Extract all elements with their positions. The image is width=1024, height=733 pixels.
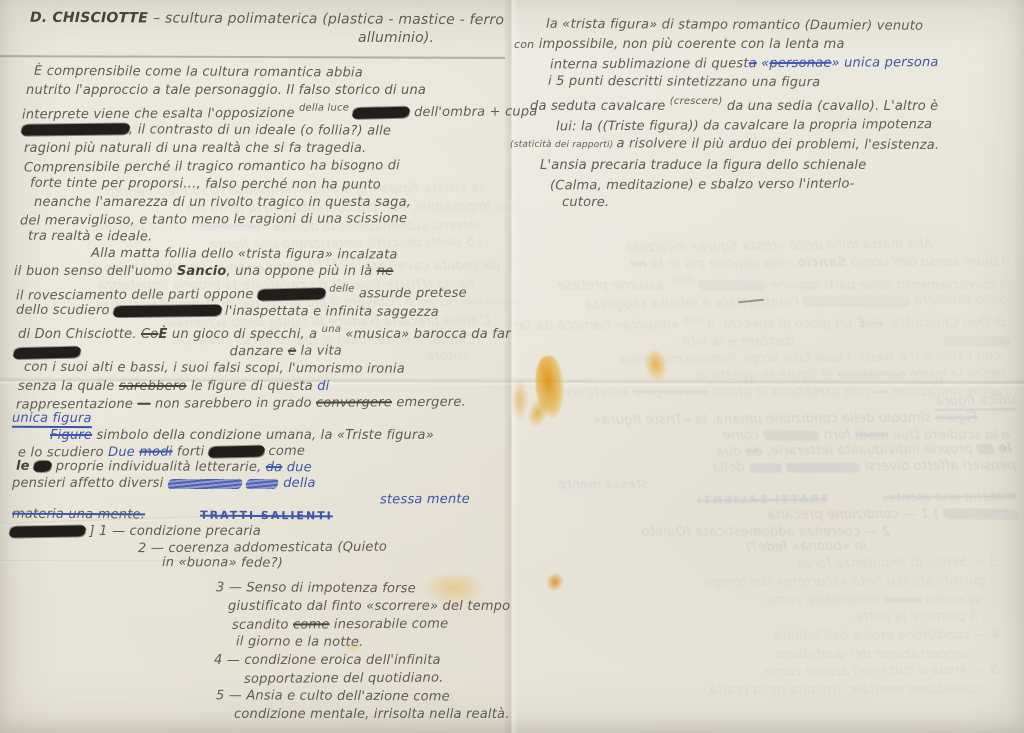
hand-line: la «trista figura» di stampo romantico (… [546, 15, 1018, 36]
hand-line: alluminio). [358, 29, 508, 48]
text-segment: « [260, 219, 273, 234]
text-segment: , una oppone più in là [647, 256, 797, 272]
hand-line: sopportazione del quotidiano. [244, 669, 514, 689]
hand-line: interna sublimazione di questa «personae… [550, 53, 1016, 75]
text-segment: ] 1 — condizione precaria [85, 524, 261, 539]
hand-line: interprete viene che esalta l'opposizion… [22, 98, 510, 124]
ruled-line [0, 55, 505, 59]
text-segment: proprie individualità letterarie [51, 459, 257, 475]
text-segment: pensieri affetto diversi [860, 458, 1016, 474]
text-segment: dello [245, 479, 280, 489]
text-segment: un gioco di specchi, a [702, 316, 856, 332]
text-segment: emergere. [392, 395, 466, 410]
hand-line: il rovesciamento delle parti oppone dove… [540, 272, 1008, 294]
text-segment: convergere [316, 395, 392, 410]
text-segment: alluminio). [358, 30, 434, 46]
text-segment: Comprensibile perché il tragico romantic… [24, 158, 400, 175]
text-segment: il giorno e la notte. [236, 634, 363, 650]
hand-line: scandito come inesorabile come [232, 615, 514, 635]
text-segment: forti [819, 428, 855, 443]
hand-line: in «buona» fede?) [162, 555, 512, 573]
text-segment: scandito [232, 617, 293, 632]
text-segment: unica figura [12, 411, 92, 428]
ghost-text: unica figuraFigure simbolo della condizi… [519, 394, 1018, 557]
text-segment: impossibile, non più coerente con la len… [534, 37, 844, 52]
text-segment: , [257, 460, 266, 475]
ghost-text: Alla matta follia dello «trista figura» … [539, 236, 1010, 402]
text-segment: 4 — condizione eroica dell'infinita [214, 653, 441, 668]
hand-line: materia una mente.TRATTI SALIENTI [12, 507, 512, 526]
text-segment: lui: la ((Triste figura)) da cavalcare l… [556, 117, 932, 134]
text-segment: dove alle [697, 279, 767, 291]
hand-line: condizione mentale, irrisolta nella real… [234, 706, 514, 724]
text-segment: (Calma, meditazione) e sbalzo verso l'in… [550, 177, 855, 194]
hand-line: È comprensibile come la cultura romantic… [34, 63, 512, 83]
hand-line: senza la quale sarebbero le figure di qu… [18, 378, 512, 395]
text-segment: le figure di questa [187, 379, 318, 394]
text-segment: a [749, 56, 757, 71]
text-segment: interprete viene che esalta l'opposizion… [22, 105, 299, 122]
text-segment [828, 502, 883, 503]
text-segment: modi [855, 428, 888, 443]
hand-line: cutore. [562, 193, 1018, 214]
text-segment: 3 — Senso di impotenza [216, 580, 382, 596]
hand-line: cutore. [68, 348, 468, 371]
text-segment: proprie individualità letterarie [771, 441, 977, 459]
hand-line: D. CHISCIOTTE – scultura polimaterica (p… [30, 9, 510, 31]
text-segment: lui: la ((Triste figura)) da cavalcare l… [98, 278, 474, 293]
text-segment: TRATTI SALIENTI [695, 492, 828, 507]
text-segment: senza la quale [18, 379, 119, 394]
text-segment: sopportazione del quotidiano. [244, 671, 444, 687]
text-segment: , [762, 444, 771, 459]
text-segment: i 5 punti descritti sintetizzano una fig… [209, 235, 481, 253]
hand-line: lui: la ((Triste figura)) da cavalcare l… [556, 115, 1016, 137]
text-segment: 3 — Senso di impotenza [831, 554, 997, 571]
text-segment: da una sedia (cavallo). L'altro è [723, 99, 939, 114]
text-segment: giustificato dal finto «scorrere» del te… [228, 599, 510, 614]
hand-line: 5 — Ansia e culto dell'azione come [216, 687, 516, 707]
text-segment: di [695, 368, 707, 383]
text-segment: Figure [50, 428, 92, 443]
text-segment: scuro con forte [20, 124, 130, 136]
text-segment: » [186, 219, 199, 234]
text-segment: È [856, 316, 865, 331]
text-segment: oblique [762, 430, 820, 442]
hand-line: pensieri affetto diversi da che una dell… [12, 476, 510, 492]
text-segment: le [993, 441, 1012, 456]
text-segment: impossibile, non più coerente con la len… [185, 200, 495, 217]
hand-line: ragioni più naturali di una realtà che s… [24, 140, 510, 158]
hand-line: le W proprie individualità letterarie, d… [16, 459, 512, 478]
text-segment: la «trista figura» di stampo romantico (… [106, 181, 483, 201]
ghost-text: 3 — Senso di impotenza forsegiustificato… [540, 554, 1001, 701]
text-segment: come [293, 617, 330, 632]
text-segment: come [723, 428, 764, 443]
text-segment: da [266, 460, 283, 475]
text-segment: (crescere) [307, 256, 360, 267]
text-segment: TRATTI SALIENTI [200, 509, 333, 523]
text-segment: della luce [299, 102, 349, 113]
text-segment: da [745, 444, 762, 459]
text-segment: inesorabile come [765, 593, 884, 608]
text-segment: da che una [785, 462, 862, 473]
text-segment: (crescere) [670, 96, 723, 107]
hand-line: L'ansia precaria traduce la figura dello… [540, 156, 1016, 175]
hand-line: scomodati ] 1 — condizione precaria [10, 524, 510, 540]
text-segment: da seduta cavalcare [360, 258, 500, 274]
text-segment: scandito [921, 593, 982, 608]
text-segment: in «buona» fede?) [162, 555, 283, 571]
text-segment: non sarebbero in grado [151, 396, 316, 412]
hand-line: di Don Chisciotte. CoÈ un gioco di specc… [540, 309, 1006, 334]
text-segment: L'ansia precaria traduce la figura dello… [164, 314, 491, 331]
text-segment: la vita [682, 334, 728, 349]
text-segment: oblique [207, 446, 265, 458]
text-segment: condizione mentale, irrisolta nella real… [705, 682, 981, 699]
text-segment: senza la quale [905, 366, 1006, 382]
text-segment: 2 — coerenza addomesticata (Quieto [138, 540, 387, 557]
text-segment: pensieri affetto diversi [12, 476, 168, 491]
text-segment: modi [139, 445, 172, 460]
text-segment: « [757, 56, 770, 71]
hand-line: nutrito l'approccio a tale personaggio. … [26, 82, 510, 100]
text-segment: in «buona» fede?) [745, 538, 866, 554]
right-page-paragraph: la «trista figura» di stampo romantico (… [530, 16, 1016, 213]
text-segment: materia una mente. [12, 507, 145, 523]
text-segment: (staticità dei rapporti) [414, 297, 521, 308]
text-segment: nutrito l'approccio a tale personaggio. … [26, 83, 426, 98]
text-segment: memoria [943, 335, 1011, 347]
text-segment: stessa mente [380, 492, 470, 508]
text-segment: dell'ombra + cupa [410, 104, 538, 120]
text-segment: con [514, 38, 534, 51]
text-segment: Sancio [797, 255, 847, 270]
text-segment: stessa mente [558, 477, 648, 492]
text-segment: unica persona [91, 219, 185, 234]
text-segment: Co [866, 316, 884, 331]
ghost-text: la «trista figura» di stampo romantico (… [69, 181, 500, 370]
hand-line: i 5 punti descritti sintetizzano una fig… [548, 72, 1018, 93]
text-segment: 2 — coerenza addomesticata (Quieto [641, 524, 890, 539]
manuscript-scan: D. CHISCIOTTE – scultura polimaterica (p… [0, 0, 1024, 733]
text-segment: a [273, 219, 281, 234]
text-segment: della [712, 460, 749, 475]
text-segment: 5 — Ansia e culto dell'azione come [216, 688, 450, 704]
text-segment: da seduta cavalcare [530, 99, 670, 114]
text-segment: materia una mente. [883, 489, 1016, 506]
text-segment: simbolo della condizione umana, la «Tris… [92, 428, 434, 443]
text-segment: dello scudiero [910, 292, 1008, 308]
text-segment: interna sublimazione di quest [281, 219, 480, 234]
text-segment: la «trista figura» di stampo romantico (… [546, 17, 923, 34]
text-segment: W [33, 461, 53, 472]
text-segment: interna sublimazione di quest [550, 56, 749, 72]
text-segment: Due [888, 428, 919, 443]
text-segment: condizione mentale, irrisolta nella real… [234, 707, 510, 722]
text-segment: scomodati [9, 525, 87, 537]
text-segment: due [716, 444, 746, 459]
text-segment: (staticità dei rapporti) [510, 140, 617, 151]
text-segment: » [831, 56, 844, 71]
text-segment: delle [669, 275, 694, 286]
text-segment: le [16, 459, 34, 474]
text-segment: Alla matta follia dello «trista figura» … [626, 237, 933, 256]
text-segment: ne [630, 257, 647, 272]
text-segment: Figure [935, 411, 977, 426]
text-segment: «musica» barocca da far [513, 318, 683, 334]
text-segment: l'inaspettata e infinita saggezza [585, 295, 804, 313]
text-segment: , il contrasto di un ideale (o follia?) … [129, 123, 391, 139]
text-segment: danzare [736, 334, 794, 349]
text-segment: personae [769, 56, 831, 71]
text-segment: da che una [167, 479, 243, 489]
hand-line: stessa mente [520, 477, 648, 493]
text-segment: cutore. [421, 349, 469, 365]
text-segment: a risolvere il più arduo dei problemi, l… [91, 294, 414, 313]
hand-line: (staticità dei rapporti) a risolvere il … [510, 134, 1018, 158]
hand-line: con impossibile, non più coerente con la… [514, 35, 1016, 54]
text-segment: sopportazione del quotidiano. [771, 647, 970, 662]
hand-line: giustificato dal finto «scorrere» del te… [228, 598, 514, 616]
text-segment: giustificato dal finto «scorrere» del te… [703, 573, 985, 590]
text-segment: cutore. [562, 195, 609, 210]
text-segment: 4 — condizione eroica dell'infinita [773, 627, 1000, 644]
hand-line: unica figura [12, 411, 512, 430]
text-segment: nonché oppure [802, 296, 912, 308]
text-segment: histoire [352, 106, 411, 118]
hand-line: Figure simbolo della condizione umana, l… [50, 428, 510, 444]
text-segment: a risolvere il più arduo dei problemi, l… [616, 136, 939, 153]
text-segment: scomodati [942, 508, 1020, 520]
text-segment: le figure di questa [707, 368, 838, 384]
text-segment: con i suoi alti e bassi, i suoi falsi sc… [619, 348, 1000, 368]
text-segment: ragioni più naturali di una realtà che s… [24, 141, 366, 156]
text-segment: come [884, 593, 921, 608]
left-page-notes-section: unica figuraFigure simbolo della condizi… [10, 412, 510, 572]
text-segment: due [282, 460, 312, 475]
text-segment: i 5 punti descritti sintetizzano una fig… [548, 74, 820, 90]
hand-line: da seduta cavalcare (crescere) da una se… [70, 252, 500, 278]
text-segment: e [728, 334, 736, 349]
text-segment: È comprensibile come la cultura romantic… [34, 64, 363, 81]
text-segment: assurde pretese [557, 278, 669, 293]
left-page-numbered-list: 3 — Senso di impotenza forsegiustificato… [214, 580, 514, 724]
hand-line: da seduta cavalcare (crescere) da una se… [530, 92, 1016, 116]
text-segment: della [279, 476, 316, 491]
text-segment: L'ansia precaria traduce la figura dello… [540, 158, 866, 173]
text-segment: sarebbero [119, 379, 187, 394]
text-segment: D. CHISCIOTTE [30, 10, 153, 27]
text-segment: ] 1 — condizione precaria [767, 507, 943, 523]
text-segment: — [137, 397, 150, 412]
hand-line: 3 — Senso di impotenza forse [216, 579, 516, 599]
text-segment: Due [108, 445, 139, 460]
text-segment: una [683, 315, 702, 326]
text-segment: W [975, 443, 995, 454]
text-segment: dello [748, 463, 783, 473]
hand-line: scuro con forte, il contrasto di un idea… [22, 121, 512, 141]
text-segment: 5 — Ansia e culto dell'azione come [764, 662, 998, 680]
hand-line: stessa mente [380, 492, 510, 509]
text-segment: il giorno e la notte. [850, 608, 978, 625]
text-segment: il buon senso dell'uomo [847, 254, 1010, 270]
text-segment: da una sedia (cavallo). L'altro è [92, 260, 308, 277]
text-segment: personae [198, 219, 260, 234]
text-segment: forti [173, 444, 209, 459]
hand-line: 4 — condizione eroica dell'infinita [214, 652, 514, 670]
text-segment: (Calma, meditazione) e sbalzo verso l'in… [176, 333, 481, 348]
text-segment: unica figura [936, 393, 1016, 411]
text-segment: forse [382, 581, 416, 596]
text-segment: come [264, 444, 305, 459]
text-segment: sarebbero [838, 367, 906, 382]
text-segment: – scultura polimaterica (plastica - mast… [153, 10, 504, 28]
text-segment: di Don Chisciotte. [883, 315, 1006, 331]
left-page-header: D. CHISCIOTTE – scultura polimaterica (p… [28, 10, 508, 48]
text-segment: unica persona [844, 55, 939, 71]
text-segment: forse [798, 556, 832, 571]
text-segment: di [317, 379, 329, 394]
text-segment: con [495, 200, 515, 213]
text-segment: inesorabile come [330, 617, 449, 633]
hand-line: il giorno e la notte. [236, 633, 516, 652]
